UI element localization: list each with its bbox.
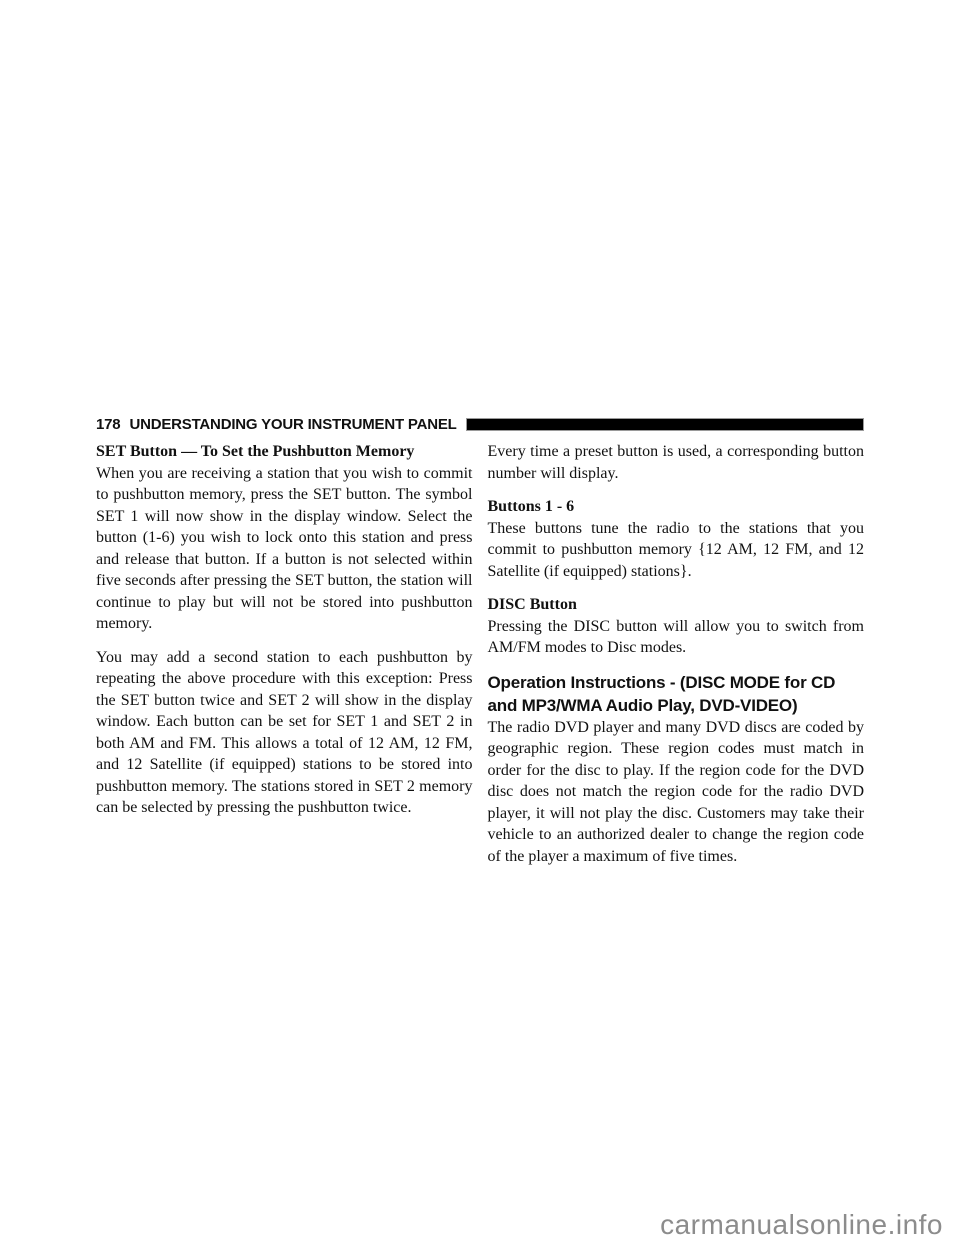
header-rule-bar bbox=[466, 418, 864, 431]
paragraph-buttons-1-6: These buttons tune the radio to the stat… bbox=[488, 518, 865, 583]
manual-page: 178 UNDERSTANDING YOUR INSTRUMENT PANEL … bbox=[0, 0, 960, 1242]
paragraph-preset-display: Every time a preset button is used, a co… bbox=[488, 441, 865, 484]
watermark: carmanualsonline.info bbox=[660, 1211, 943, 1239]
page-number: 178 bbox=[96, 416, 120, 433]
section-heading-set-button: SET Button — To Set the Pushbutton Memor… bbox=[96, 441, 473, 463]
page-header: 178 UNDERSTANDING YOUR INSTRUMENT PANEL bbox=[96, 416, 864, 432]
right-column: Every time a preset button is used, a co… bbox=[488, 441, 865, 867]
paragraph-disc-button: Pressing the DISC button will allow you … bbox=[488, 616, 865, 659]
section-heading-buttons-1-6: Buttons 1 - 6 bbox=[488, 496, 865, 518]
section-heading-operation-instructions: Operation Instructions - (DISC MODE for … bbox=[488, 671, 865, 717]
paragraph-set-button-2: You may add a second station to each pus… bbox=[96, 647, 473, 819]
paragraph-set-button-1: When you are receiving a station that yo… bbox=[96, 463, 473, 635]
paragraph-operation-instructions: The radio DVD player and many DVD discs … bbox=[488, 717, 865, 868]
page-header-title: UNDERSTANDING YOUR INSTRUMENT PANEL bbox=[129, 416, 456, 433]
section-heading-disc-button: DISC Button bbox=[488, 594, 865, 616]
left-column: SET Button — To Set the Pushbutton Memor… bbox=[96, 441, 473, 867]
two-column-content: SET Button — To Set the Pushbutton Memor… bbox=[96, 441, 864, 867]
